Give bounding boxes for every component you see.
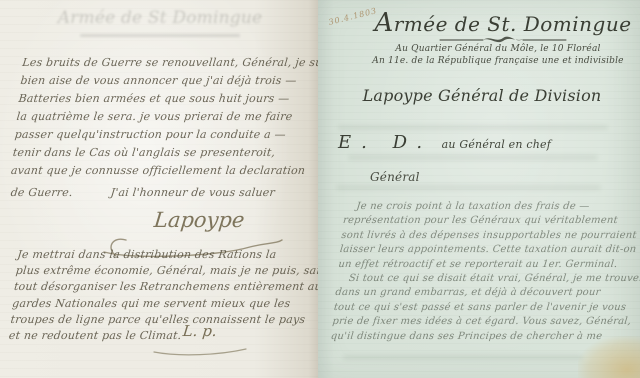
sender-line: Lapoype Général de Division [346,86,618,105]
manuscript-line: troupes de ligne parce qu'elles connaiss… [10,312,316,328]
manuscript-line: un effet rétroactif et se reporterait au… [338,258,640,272]
bleed-through-text: Armée de St Domingue [30,8,290,28]
manuscript-line: avant que je connusse officiellement la … [10,162,312,180]
manuscript-line: prie de fixer mes idées à cet égard. Vou… [332,315,639,329]
manuscript-line: plus extrême économie, Général, mais je … [15,263,321,279]
manuscript-line: passer quelqu'instruction pour la condui… [14,126,316,144]
manuscript-line: dans un grand embarras, et déjà à découv… [335,286,640,300]
bleed-through-smudge [338,125,608,130]
manuscript-line: Les bruits de Guerre se renouvellant, Gé… [21,54,323,72]
manuscript-line: Si tout ce qui se disait était vrai, Gén… [336,272,640,286]
manuscript-line: et ne redoutent pas le Climat. [8,328,314,344]
manuscript-scan: Armée de St Domingue Les bruits de Guerr… [0,0,640,378]
manuscript-line: représentation pour les Généraux qui vér… [342,214,640,228]
closing-start: de Guerre. [10,186,73,199]
bleed-through-smudge [348,155,598,160]
manuscript-line: la quatrième le sera. je vous prierai de… [16,108,318,126]
left-letter-page: Armée de St Domingue Les bruits de Guerr… [0,0,318,378]
left-postscript-paragraph: Je mettrai dans la distribution des Rati… [8,247,322,344]
archival-date-note: 30.4.1803 [328,6,378,27]
salutation: Général [370,170,420,184]
closing-line: de Guerre.J'ai l'honneur de vous saluer [10,186,311,199]
initials-flourish [150,344,250,358]
manuscript-line: laisser leurs appointements. Cette taxat… [339,243,640,257]
bleed-through-smudge [343,355,583,360]
manuscript-line: gardes Nationales qui me servent mieux q… [11,296,317,312]
addressee-line: E. D. au Général en chef [338,132,551,153]
right-letter-page: 30.4.1803 Armée de St. Domingue Au Quart… [318,0,640,378]
paper-stain [578,336,640,378]
bleed-through-smudge [336,185,601,190]
manuscript-line: tenir dans le Cas où l'anglais se presen… [12,144,314,162]
manuscript-line: Batteries bien armées et que sous huit j… [18,90,320,108]
addressee-ornate-initials: E. D. [338,132,432,153]
manuscript-line: tout ce qui s'est passé et sans parler d… [333,301,640,315]
initials-lp: L. p. [182,322,218,340]
right-body-paragraph: Je ne crois point à la taxation des frai… [330,200,640,344]
manuscript-line: Je mettrai dans la distribution des Rati… [17,247,323,263]
manuscript-line: sont livrés à des dépenses insupportable… [341,229,640,243]
left-body-paragraph: Les bruits de Guerre se renouvellant, Gé… [10,54,323,180]
addressee-text: au Général en chef [442,138,551,151]
dateline-place: Au Quartier Général du Môle, le 10 Floré… [363,44,633,54]
manuscript-line: tout désorganiser les Retranchemens enti… [13,279,319,295]
closing-salutation: J'ai l'honneur de vous saluer [110,186,276,199]
manuscript-line: Je ne crois point à la taxation des frai… [344,200,640,214]
bleed-through-ornament [80,34,240,37]
dateline-year: An 11e. de la République française une e… [363,56,633,66]
manuscript-line: bien aise de vous annoncer que j'ai déjà… [19,72,321,90]
